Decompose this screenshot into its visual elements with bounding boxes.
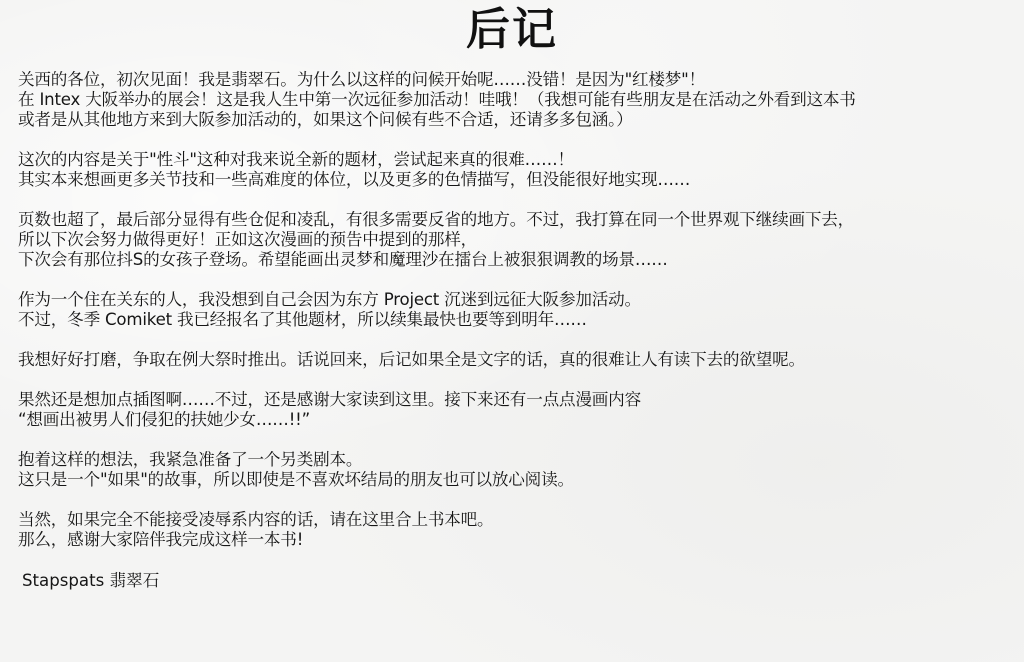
afterword-body: 关西的各位，初次见面！我是翡翠石。为什么以这样的问候开始呢……没错！是因为"红楼… xyxy=(18,70,1024,570)
paragraph-closing: 当然，如果完全不能接受凌辱系内容的话，请在这里合上书本吧。 那么，感谢大家陪伴我… xyxy=(18,510,1024,550)
text-line: 不过，冬季 Comiket 我已经报名了其他题材，所以续集最快也要等到明年…… xyxy=(18,310,1024,330)
text-line: 在 Intex 大阪举办的展会！这是我人生中第一次远征参加活动！哇哦！（我想可能… xyxy=(18,90,1024,110)
text-line: 下次会有那位抖S的女孩子登场。希望能画出灵梦和魔理沙在擂台上被狠狠调教的场景…… xyxy=(18,250,1024,270)
afterword-page: 后记 关西的各位，初次见面！我是翡翠石。为什么以这样的问候开始呢……没错！是因为… xyxy=(0,0,1024,662)
text-line: 当然，如果完全不能接受凌辱系内容的话，请在这里合上书本吧。 xyxy=(18,510,1024,530)
text-line: 我想好好打磨，争取在例大祭时推出。话说回来，后记如果全是文字的话，真的很难让人有… xyxy=(18,350,1024,370)
text-line: 作为一个住在关东的人，我没想到自己会因为东方 Project 沉迷到远征大阪参加… xyxy=(18,290,1024,310)
paragraph-greeting: 关西的各位，初次见面！我是翡翠石。为什么以这样的问候开始呢……没错！是因为"红楼… xyxy=(18,70,1024,130)
text-line: 或者是从其他地方来到大阪参加活动的，如果这个问候有些不合适，还请多多包涵。） xyxy=(18,110,1024,130)
paragraph-illustration: 果然还是想加点插图啊……不过，还是感谢大家读到这里。接下来还有一点点漫画内容 “… xyxy=(18,390,1024,430)
author-signature: Stapspats 翡翠石 xyxy=(22,570,159,592)
text-line: 这次的内容是关于"性斗"这种对我来说全新的题材，尝试起来真的很难……！ xyxy=(18,150,1024,170)
paragraph-theme: 这次的内容是关于"性斗"这种对我来说全新的题材，尝试起来真的很难……！ 其实本来… xyxy=(18,150,1024,190)
text-line: 抱着这样的想法，我紧急准备了一个另类剧本。 xyxy=(18,450,1024,470)
text-line: 果然还是想加点插图啊……不过，还是感谢大家读到这里。接下来还有一点点漫画内容 xyxy=(18,390,1024,410)
text-line: 关西的各位，初次见面！我是翡翠石。为什么以这样的问候开始呢……没错！是因为"红楼… xyxy=(18,70,1024,90)
page-title: 后记 xyxy=(0,2,1024,58)
text-line: 其实本来想画更多关节技和一些高难度的体位，以及更多的色情描写，但没能很好地实现…… xyxy=(18,170,1024,190)
paragraph-reitaisai: 我想好好打磨，争取在例大祭时推出。话说回来，后记如果全是文字的话，真的很难让人有… xyxy=(18,350,1024,370)
text-line: “想画出被男人们侵犯的扶她少女……!!” xyxy=(18,410,1024,430)
paragraph-alt-script: 抱着这样的想法，我紧急准备了一个另类剧本。 这只是一个"如果"的故事，所以即使是… xyxy=(18,450,1024,490)
text-line: 所以下次会努力做得更好！正如这次漫画的预告中提到的那样， xyxy=(18,230,1024,250)
text-line: 这只是一个"如果"的故事，所以即使是不喜欢坏结局的朋友也可以放心阅读。 xyxy=(18,470,1024,490)
text-line: 页数也超了，最后部分显得有些仓促和凌乱，有很多需要反省的地方。不过，我打算在同一… xyxy=(18,210,1024,230)
paragraph-kanto: 作为一个住在关东的人，我没想到自己会因为东方 Project 沉迷到远征大阪参加… xyxy=(18,290,1024,330)
text-line: 那么，感谢大家陪伴我完成这样一本书! xyxy=(18,530,1024,550)
paragraph-reflection: 页数也超了，最后部分显得有些仓促和凌乱，有很多需要反省的地方。不过，我打算在同一… xyxy=(18,210,1024,270)
